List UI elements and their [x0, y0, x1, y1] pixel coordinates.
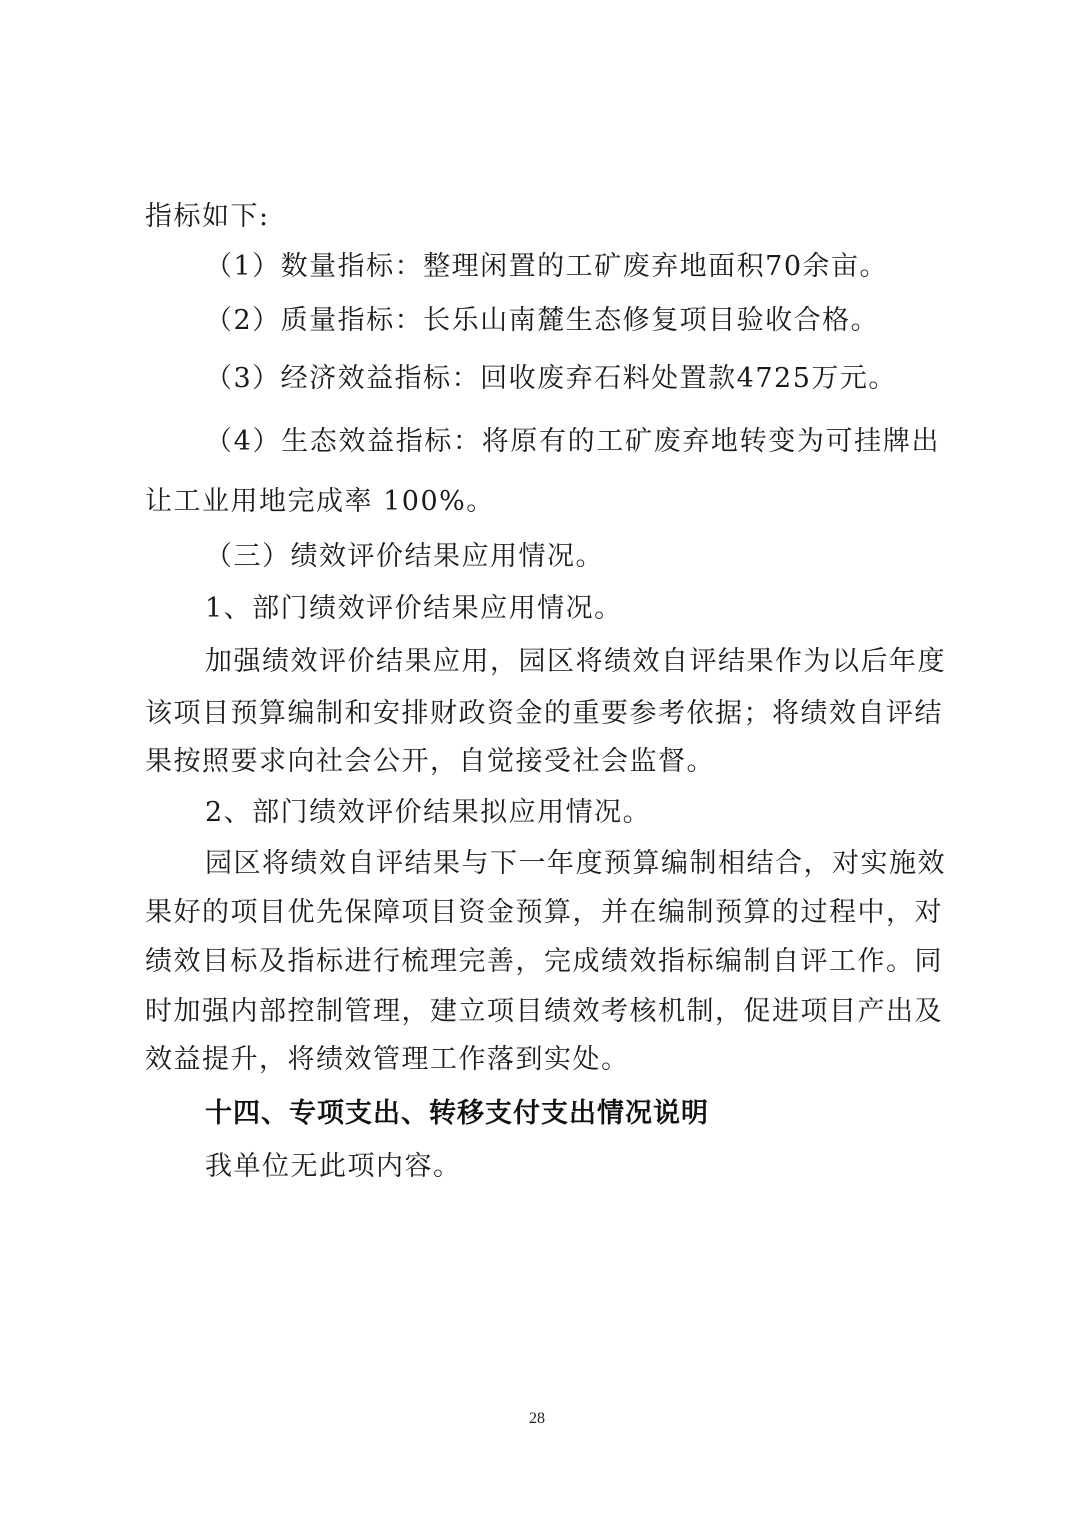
paragraph-1-line-1: 加强绩效评价结果应用，园区将绩效自评结果作为以后年度 [205, 645, 940, 679]
paragraph-1-line-3: 果按照要求向社会公开，自觉接受社会监督。 [145, 745, 945, 779]
section-heading-14: 十四、专项支出、转移支付支出情况说明 [205, 1097, 1005, 1131]
indicator-quality: （2）质量指标：长乐山南麓生态修复项目验收合格。 [205, 304, 1005, 338]
indicator-ecological-cont: 让工业用地完成率 100%。 [145, 485, 945, 519]
indicator-ecological: （4）生态效益指标：将原有的工矿废弃地转变为可挂牌出 [205, 425, 940, 459]
section-14-content: 我单位无此项内容。 [205, 1150, 1005, 1184]
indicator-economic: （3）经济效益指标：回收废弃石料处置款4725万元。 [205, 362, 1005, 396]
paragraph-2-line-3: 绩效目标及指标进行梳理完善，完成绩效指标编制自评工作。同 [145, 945, 940, 979]
paragraph-1-line-2: 该项目预算编制和安排财政资金的重要参考依据；将绩效自评结 [145, 697, 940, 731]
paragraph-2-line-5: 效益提升，将绩效管理工作落到实处。 [145, 1043, 945, 1077]
indicator-quantity: （1）数量指标：整理闲置的工矿废弃地面积70余亩。 [205, 250, 1005, 284]
page-number: 28 [0, 1410, 1074, 1428]
paragraph-2-line-2: 果好的项目优先保障项目资金预算，并在编制预算的过程中，对 [145, 896, 940, 930]
document-page: 指标如下: （1）数量指标：整理闲置的工矿废弃地面积70余亩。 （2）质量指标：… [0, 0, 1074, 1520]
paragraph-2-line-1: 园区将绩效自评结果与下一年度预算编制相结合，对实施效 [205, 847, 940, 881]
subsection-heading-3: （三）绩效评价结果应用情况。 [205, 540, 1005, 574]
item-heading-1: 1、部门绩效评价结果应用情况。 [205, 592, 1005, 626]
paragraph-2-line-4: 时加强内部控制管理，建立项目绩效考核机制，促进项目产出及 [145, 995, 940, 1029]
item-heading-2: 2、部门绩效评价结果拟应用情况。 [205, 796, 1005, 830]
intro-line: 指标如下: [145, 200, 945, 234]
